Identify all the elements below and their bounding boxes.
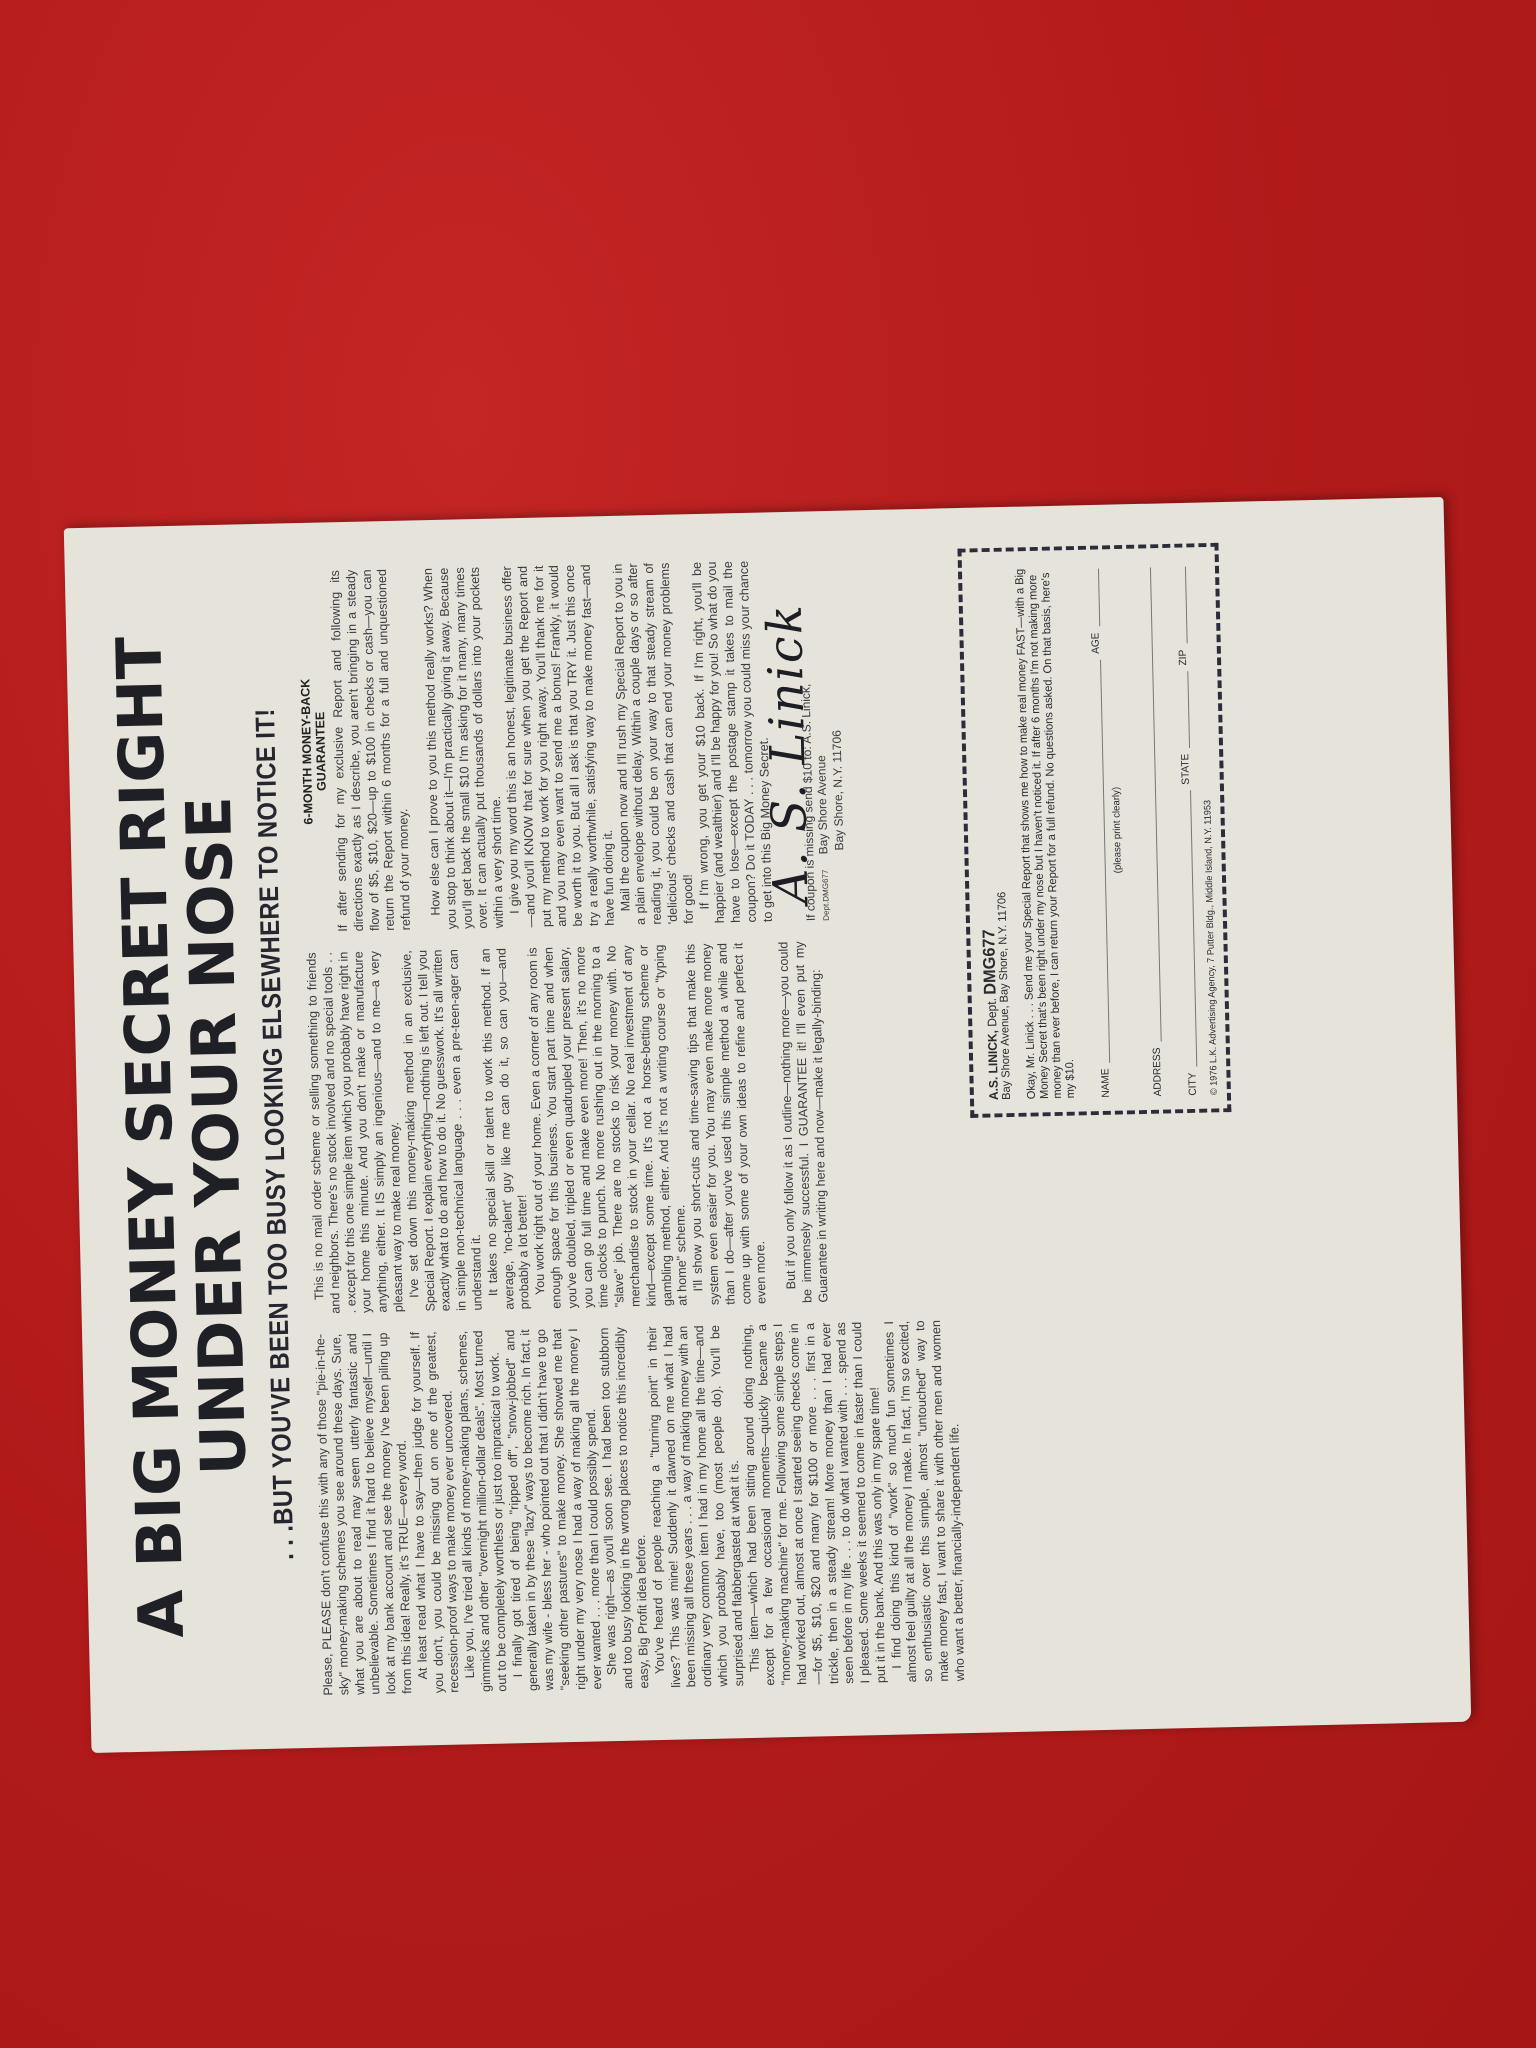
- body-columns: Please, PLEASE don't confuse this with a…: [296, 556, 969, 1695]
- paragraph: I'll show you short-cuts and time-saving…: [683, 942, 770, 1305]
- address-field[interactable]: ADDRESS: [1140, 563, 1165, 1097]
- guarantee-title-line-2: GUARANTEE: [313, 712, 329, 791]
- copyright-line: © 1976 L.K. Advertising Agency, 7 Putter…: [1196, 561, 1221, 1095]
- paragraph: But if you only follow it as I outline—n…: [776, 941, 832, 1304]
- signature: A. S. Linick: [776, 560, 800, 904]
- paragraph: How else can I prove to you this method …: [421, 566, 508, 929]
- coupon-body: Okay, Mr. Linick . . . Send me your Spec…: [1014, 565, 1078, 1100]
- paragraph: You work right out of your home. Even a …: [526, 944, 692, 1309]
- age-input-line[interactable]: [1097, 570, 1100, 628]
- if-missing-address-1: Bay Shore Avenue: [814, 755, 831, 866]
- paragraph: She was right—as you'll soon see. I had …: [597, 1327, 653, 1690]
- address-label: ADDRESS: [1151, 1048, 1165, 1097]
- paragraph: This is no mail order scheme or selling …: [304, 950, 407, 1314]
- paragraph: Please, PLEASE don't confuse this with a…: [313, 1332, 416, 1696]
- paragraph: Like you, I've tried all kinds of money-…: [455, 1330, 511, 1693]
- guarantee-title: 6-MONTH MONEY-BACK GUARANTEE: [296, 570, 332, 932]
- name-label: NAME: [1099, 1069, 1113, 1098]
- address-input-line[interactable]: [1149, 568, 1162, 1042]
- city-label: CITY: [1186, 1073, 1200, 1096]
- city-state-zip-field[interactable]: CITY STATE ZIP: [1175, 562, 1200, 1096]
- zip-label: ZIP: [1177, 650, 1190, 666]
- column-3: 6-MONTH MONEY-BACK GUARANTEE If after se…: [296, 556, 952, 932]
- state-input-line[interactable]: [1186, 672, 1190, 749]
- paragraph: At least read what I have to say—then ju…: [408, 1331, 464, 1694]
- order-coupon[interactable]: A.S. LINICK, Dept. DMG677 Bay Shore Aven…: [957, 544, 1231, 1119]
- coupon-dept-label: Dept.: [984, 998, 999, 1027]
- paragraph: I've set down this money-making method i…: [399, 949, 486, 1312]
- paragraph: You've heard of people reaching a "turni…: [645, 1325, 748, 1689]
- headline: A BIG MONEY SECRET RIGHT UNDER YOUR NOSE: [105, 572, 262, 1700]
- headline-line-2: UNDER YOUR NOSE: [172, 795, 260, 1476]
- column-1: Please, PLEASE don't confuse this with a…: [313, 1319, 969, 1695]
- state-label: STATE: [1179, 754, 1193, 785]
- column-2: This is no mail order scheme or selling …: [304, 938, 960, 1314]
- paragraph: It takes no special skill or talent to w…: [478, 948, 534, 1311]
- if-missing-dept: Dept.DMG677: [821, 870, 831, 921]
- city-input-line[interactable]: [1189, 791, 1197, 1067]
- paragraph: I finally got tired of being "ripped off…: [503, 1328, 606, 1692]
- magazine-ad-page: A BIG MONEY SECRET RIGHT UNDER YOUR NOSE…: [64, 497, 1471, 1753]
- zip-input-line[interactable]: [1184, 568, 1188, 645]
- paragraph: Mail the coupon now and I'll rush my Spe…: [610, 562, 697, 925]
- paragraph: I find doing this kind of "work" so much…: [882, 1319, 969, 1682]
- paragraph: I give you my word this is an honest, le…: [500, 564, 619, 928]
- guarantee-text: If after sending for my exclusive Report…: [328, 569, 415, 932]
- paragraph: This item—which had been sitting around …: [740, 1321, 890, 1686]
- age-label: AGE: [1089, 633, 1102, 655]
